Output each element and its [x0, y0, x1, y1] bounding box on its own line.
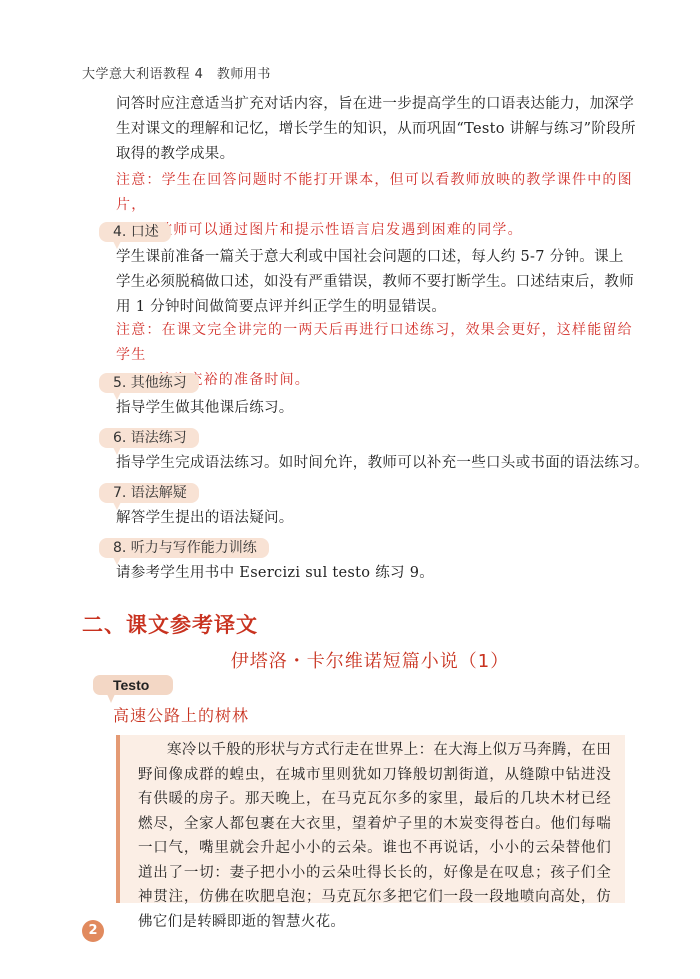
section-text-5: 指导学生做其他课后练习。 [116, 396, 636, 421]
section-label-8: 8. 听力与写作能力训练 [99, 538, 269, 558]
note-line: 注意：在课文完全讲完的一两天后再进行口述练习，效果会更好，这样能留给学生 [116, 322, 633, 363]
intro-paragraph: 问答时应注意适当扩充对话内容，旨在进一步提高学生的口语表达能力，加深学生对课文的… [116, 92, 636, 167]
note-line: 注意：学生在回答问题时不能打开课本，但可以看教师放映的教学课件中的图片， [116, 172, 633, 213]
running-head: 大学意大利语教程 4 教师用书 [82, 63, 271, 82]
section-text-8: 请参考学生用书中 Esercizi sul testo 练习 9。 [116, 561, 636, 586]
section-label-4: 4. 口述 [99, 222, 171, 242]
translation-body: 寒冷以千般的形状与方式行走在世界上：在大海上似万马奔腾，在田野间像成群的蝗虫，在… [138, 738, 611, 934]
story-subtitle: 高速公路上的树林 [113, 703, 249, 726]
section-title: 二、课文参考译文 [82, 609, 258, 639]
section-text-6: 指导学生完成语法练习。如时间允许，教师可以补充一些口头或书面的语法练习。 [116, 451, 656, 476]
section-text-7: 解答学生提出的语法疑问。 [116, 506, 636, 531]
translation-textbox: 寒冷以千般的形状与方式行走在世界上：在大海上似万马奔腾，在田野间像成群的蝗虫，在… [116, 735, 625, 903]
story-title: 伊塔洛・卡尔维诺短篇小说（1） [0, 647, 700, 673]
section-label-6: 6. 语法练习 [99, 428, 199, 448]
testo-label: Testo [93, 675, 173, 695]
note-line: 教师可以通过图片和提示性语言启发遇到困难的同学。 [116, 218, 646, 243]
section-label-5: 5. 其他练习 [99, 373, 199, 393]
section-label-7: 7. 语法解疑 [99, 483, 199, 503]
section-text-4: 学生课前准备一篇关于意大利或中国社会问题的口述，每人约 5-7 分钟。课上学生必… [116, 245, 636, 320]
intro-note: 注意：学生在回答问题时不能打开课本，但可以看教师放映的教学课件中的图片， 教师可… [116, 168, 646, 243]
page-number-badge: 2 [82, 920, 104, 942]
